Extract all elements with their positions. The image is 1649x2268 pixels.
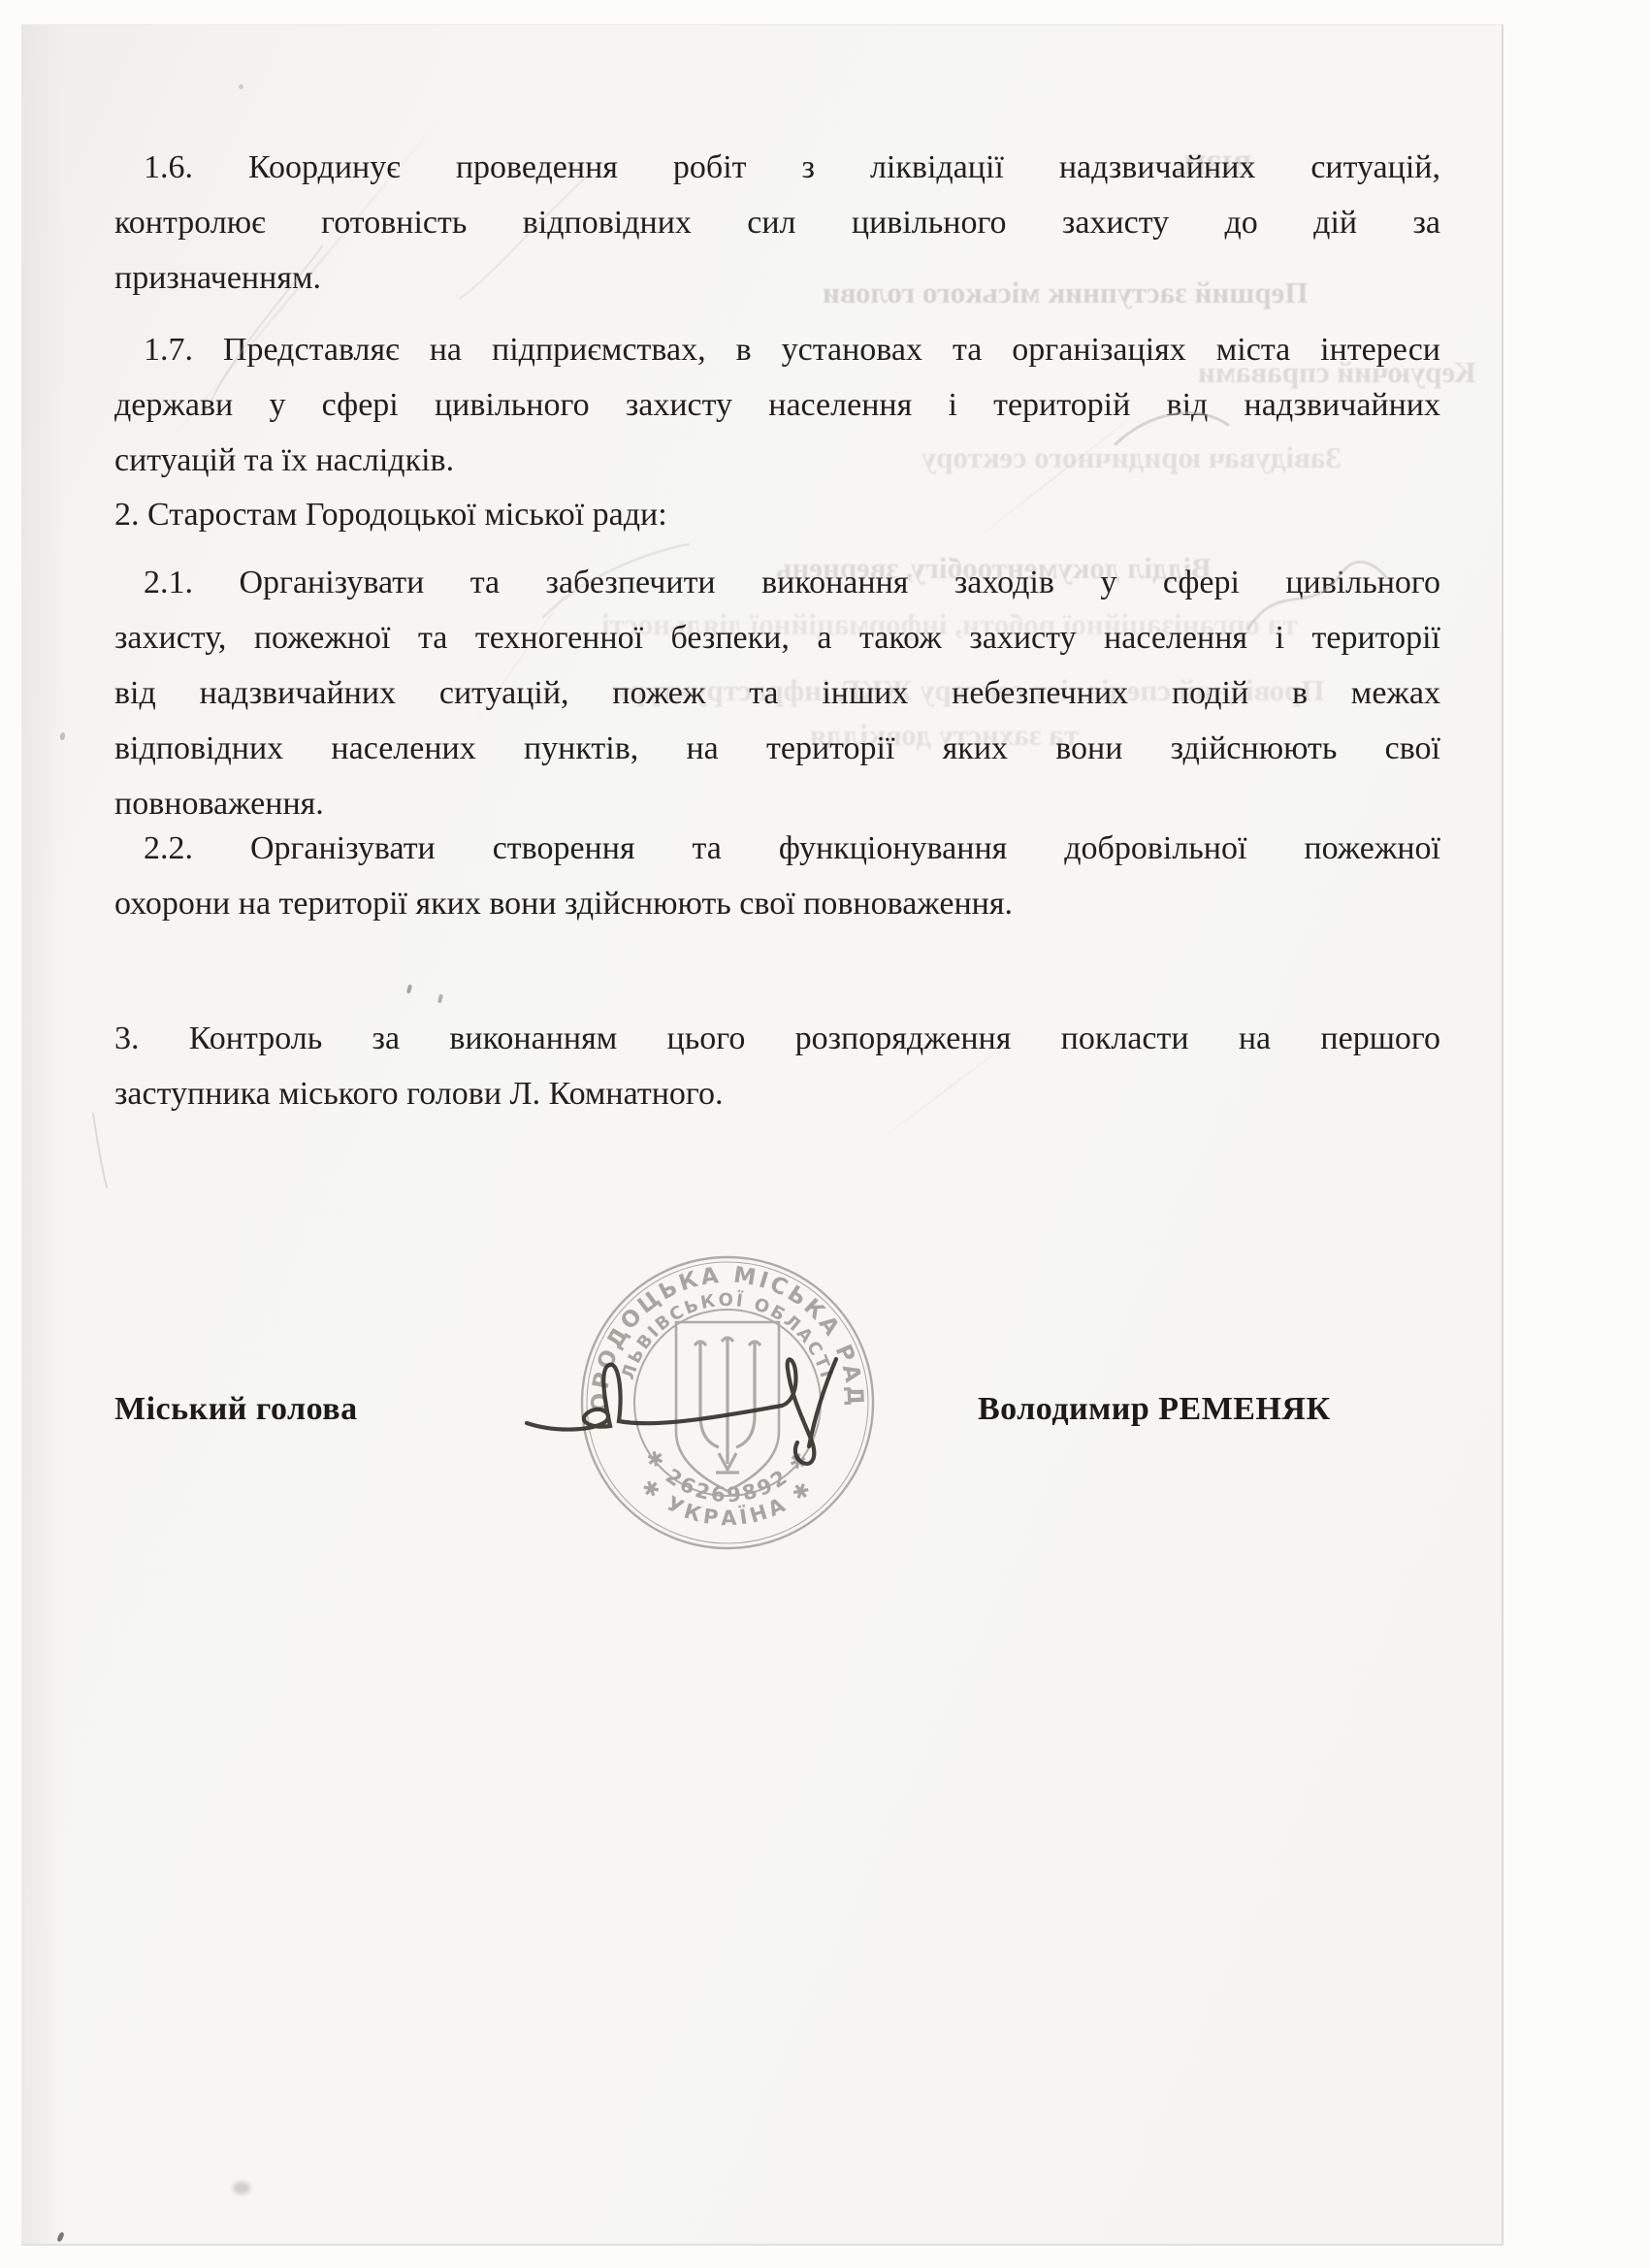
document-page: ВІЗИ:Перший заступник міського головиКер… xyxy=(21,24,1503,2246)
official-round-stamp: ГОРОДОЦЬКА МІСЬКА РАДА ЛЬВІВСЬКОЇ ОБЛАСТ… xyxy=(558,1233,897,1572)
text-line: 2. Старостам Городоцької міської ради: xyxy=(114,487,1440,542)
signer-position-label: Міський голова xyxy=(114,1391,358,1428)
text-line: від надзвичайних ситуацій, пожеж та інши… xyxy=(114,665,1440,721)
text-line: захисту, пожежної та техногенної безпеки… xyxy=(114,610,1440,665)
text-line: ситуацій та їх наслідків. xyxy=(114,433,1440,488)
paragraph-p22: 2.2. Організувати створення та функціону… xyxy=(114,821,1440,931)
signer-name-label: Володимир РЕМЕНЯК xyxy=(978,1391,1331,1428)
text-line: охорони на території яких вони здійснюют… xyxy=(114,876,1440,931)
text-line: 2.1. Організувати та забезпечити виконан… xyxy=(114,555,1440,610)
paragraph-p17: 1.7. Представляє на підприємствах, в уст… xyxy=(114,322,1440,488)
text-line: відповідних населених пунктів, на терито… xyxy=(114,721,1440,776)
text-line: призначенням. xyxy=(114,250,1440,306)
scanned-document: { "document": { "language": "uk", "parag… xyxy=(0,0,1649,2268)
text-line: 1.7. Представляє на підприємствах, в уст… xyxy=(114,322,1440,377)
document-text: 1.6. Координує проведення робіт з ліквід… xyxy=(21,25,1502,2244)
text-line: 3. Контроль за виконанням цього розпоряд… xyxy=(114,1011,1440,1066)
text-line: держави у сфері цивільного захисту насел… xyxy=(114,377,1440,433)
paragraph-p21: 2.1. Організувати та забезпечити виконан… xyxy=(114,555,1440,831)
trident-icon xyxy=(695,1338,760,1473)
paragraph-p3: 3. Контроль за виконанням цього розпоряд… xyxy=(114,1011,1440,1121)
paragraph-p16: 1.6. Координує проведення робіт з ліквід… xyxy=(114,140,1440,306)
text-line: заступника міського голови Л. Комнатного… xyxy=(114,1066,1440,1121)
text-line: 2.2. Організувати створення та функціону… xyxy=(114,821,1440,876)
text-line: 1.6. Координує проведення робіт з ліквід… xyxy=(114,140,1440,195)
text-line: контролює готовність відповідних сил цив… xyxy=(114,195,1440,250)
paragraph-p2: 2. Старостам Городоцької міської ради: xyxy=(114,487,1440,542)
